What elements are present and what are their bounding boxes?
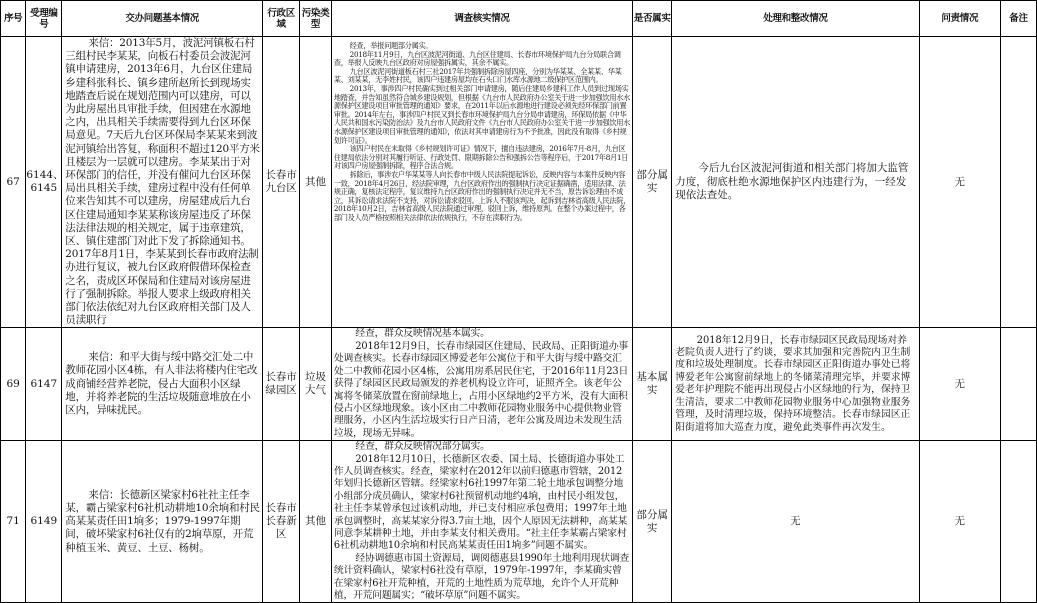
problem-text: 来信：2013年5月，波泥河镇板石村三组村民李某某，向板石村委员会波泥河镇申请建… bbox=[65, 37, 260, 327]
cell-verified: 部分属实 bbox=[633, 37, 672, 328]
investigation-para: 2018年12月9日，长春市绿园区住建局、民政局、正阳街道办事处调查核实。长春市… bbox=[334, 341, 630, 440]
cell-remarks bbox=[1000, 441, 1036, 491]
cell-problem: 来信：2013年5月，波泥河镇板石村三组村民李某某，向板石村委员会波泥河镇申请建… bbox=[62, 37, 263, 328]
handling-text: 2018年12月9日，长春市绿园区民政局现场对养老院负责人进行了约谈，要求其加强… bbox=[675, 335, 915, 434]
cell-problem: 来信：和平大街与绥中路交汇处二中教师花园小区4栋，有人非法将楼内住宅改成商铺经营… bbox=[62, 328, 263, 441]
cell-handling: 今后九台区波泥河街道和相关部门将加大监管力度，彻底杜绝水源地保护区内违建行为，一… bbox=[672, 37, 919, 328]
header-case-no: 受理编号 bbox=[26, 1, 62, 37]
cell-pollution-type: 其他 bbox=[300, 441, 332, 491]
table-header-row: 序号 受理编号 交办问题基本情况 行政区域 污染类型 调查核实情况 是否属实 处… bbox=[1, 1, 1037, 37]
cell-accountability: 无 bbox=[919, 441, 1000, 491]
cell-investigation: 经查，举报问题部分属实。 2018年11月9日，九台区波泥河街道、九台区住建局、… bbox=[331, 37, 632, 328]
investigation-para: 2018年11月9日，九台区波泥河街道、九台区住建局、长春市环境保护局九台分局联… bbox=[334, 51, 630, 68]
investigation-para: 经查，群众反映情况基本属实。 bbox=[334, 328, 630, 340]
cell-region: 长春市九台区 bbox=[263, 37, 300, 328]
cell-seq: 67 bbox=[1, 37, 26, 328]
investigation-para: 2018年12月10日，长德新区农委、国土局、长德街道办事处工作人员调查核实。经… bbox=[334, 454, 630, 491]
investigation-para: 2013年，事涉四户村民确实到过相关部门申请建房，随后住建局乡建科工作人员到过现… bbox=[334, 85, 630, 145]
cell-problem: 来信：长德新区梁家村6社社主任李某，霸占梁家村6社机动耕地10余垧和村民高某某责… bbox=[62, 441, 263, 491]
header-pollution-type: 污染类型 bbox=[300, 1, 332, 37]
cell-seq: 69 bbox=[1, 328, 26, 441]
cell-verified: 部分属实 bbox=[633, 441, 672, 491]
table-row: 69 6147 来信：和平大街与绥中路交汇处二中教师花园小区4栋，有人非法将楼内… bbox=[1, 328, 1037, 441]
cell-case-no: 6149 bbox=[26, 441, 62, 491]
inspection-report-table: 序号 受理编号 交办问题基本情况 行政区域 污染类型 调查核实情况 是否属实 处… bbox=[0, 0, 1037, 491]
cell-case-no: 6144、6145 bbox=[26, 37, 62, 328]
cell-accountability: 无 bbox=[919, 328, 1000, 441]
cell-verified: 基本属实 bbox=[633, 328, 672, 441]
table-row: 71 6149 来信：长德新区梁家村6社社主任李某，霸占梁家村6社机动耕地10余… bbox=[1, 441, 1037, 491]
table-row: 67 6144、6145 来信：2013年5月，波泥河镇板石村三组村民李某某，向… bbox=[1, 37, 1037, 328]
cell-remarks bbox=[1000, 37, 1036, 328]
cell-handling: 无 bbox=[672, 441, 919, 491]
cell-remarks bbox=[1000, 328, 1036, 441]
problem-text: 来信：和平大街与绥中路交汇处二中教师花园小区4栋，有人非法将楼内住宅改成商铺经营… bbox=[65, 351, 260, 417]
header-verified: 是否属实 bbox=[633, 1, 672, 37]
investigation-para: 九台区波泥河街道板石村三社2017年共强制拆除房屋四座，分别为华某某、全某某、华… bbox=[334, 68, 630, 85]
header-seq: 序号 bbox=[1, 1, 26, 37]
cell-pollution-type: 垃圾大气 bbox=[300, 328, 332, 441]
cell-investigation: 经查，群众反映情况部分属实。 2018年12月10日，长德新区农委、国土局、长德… bbox=[331, 441, 632, 491]
header-problem: 交办问题基本情况 bbox=[62, 1, 263, 37]
cell-seq: 71 bbox=[1, 441, 26, 491]
cell-investigation: 经查，群众反映情况基本属实。 2018年12月9日，长春市绿园区住建局、民政局、… bbox=[331, 328, 632, 441]
header-investigation: 调查核实情况 bbox=[331, 1, 632, 37]
cell-pollution-type: 其他 bbox=[300, 37, 332, 328]
investigation-para: 该四户村民在未取得《乡村规划许可证》情况下，擅自违法建房，2016年7月-8月，… bbox=[334, 145, 630, 171]
cell-handling: 2018年12月9日，长春市绿园区民政局现场对养老院负责人进行了约谈，要求其加强… bbox=[672, 328, 919, 441]
header-region: 行政区域 bbox=[263, 1, 300, 37]
investigation-para: 拆除后，事涉农户华某某等人向长春市中级人民法院提起诉讼，反映内容与本案件反映内容… bbox=[334, 171, 630, 223]
handling-text: 今后九台区波泥河街道和相关部门将加大监管力度，彻底杜绝水源地保护区内违建行为，一… bbox=[675, 162, 915, 202]
investigation-para: 经查，群众反映情况部分属实。 bbox=[334, 441, 630, 453]
cell-accountability: 无 bbox=[919, 37, 1000, 328]
cell-region: 长春市绿园区 bbox=[263, 328, 300, 441]
header-remarks: 备注 bbox=[1000, 1, 1036, 37]
header-accountability: 问责情况 bbox=[919, 1, 1000, 37]
cell-region: 长春市长春新区 bbox=[263, 441, 300, 491]
header-handling: 处理和整改情况 bbox=[672, 1, 919, 37]
cell-case-no: 6147 bbox=[26, 328, 62, 441]
